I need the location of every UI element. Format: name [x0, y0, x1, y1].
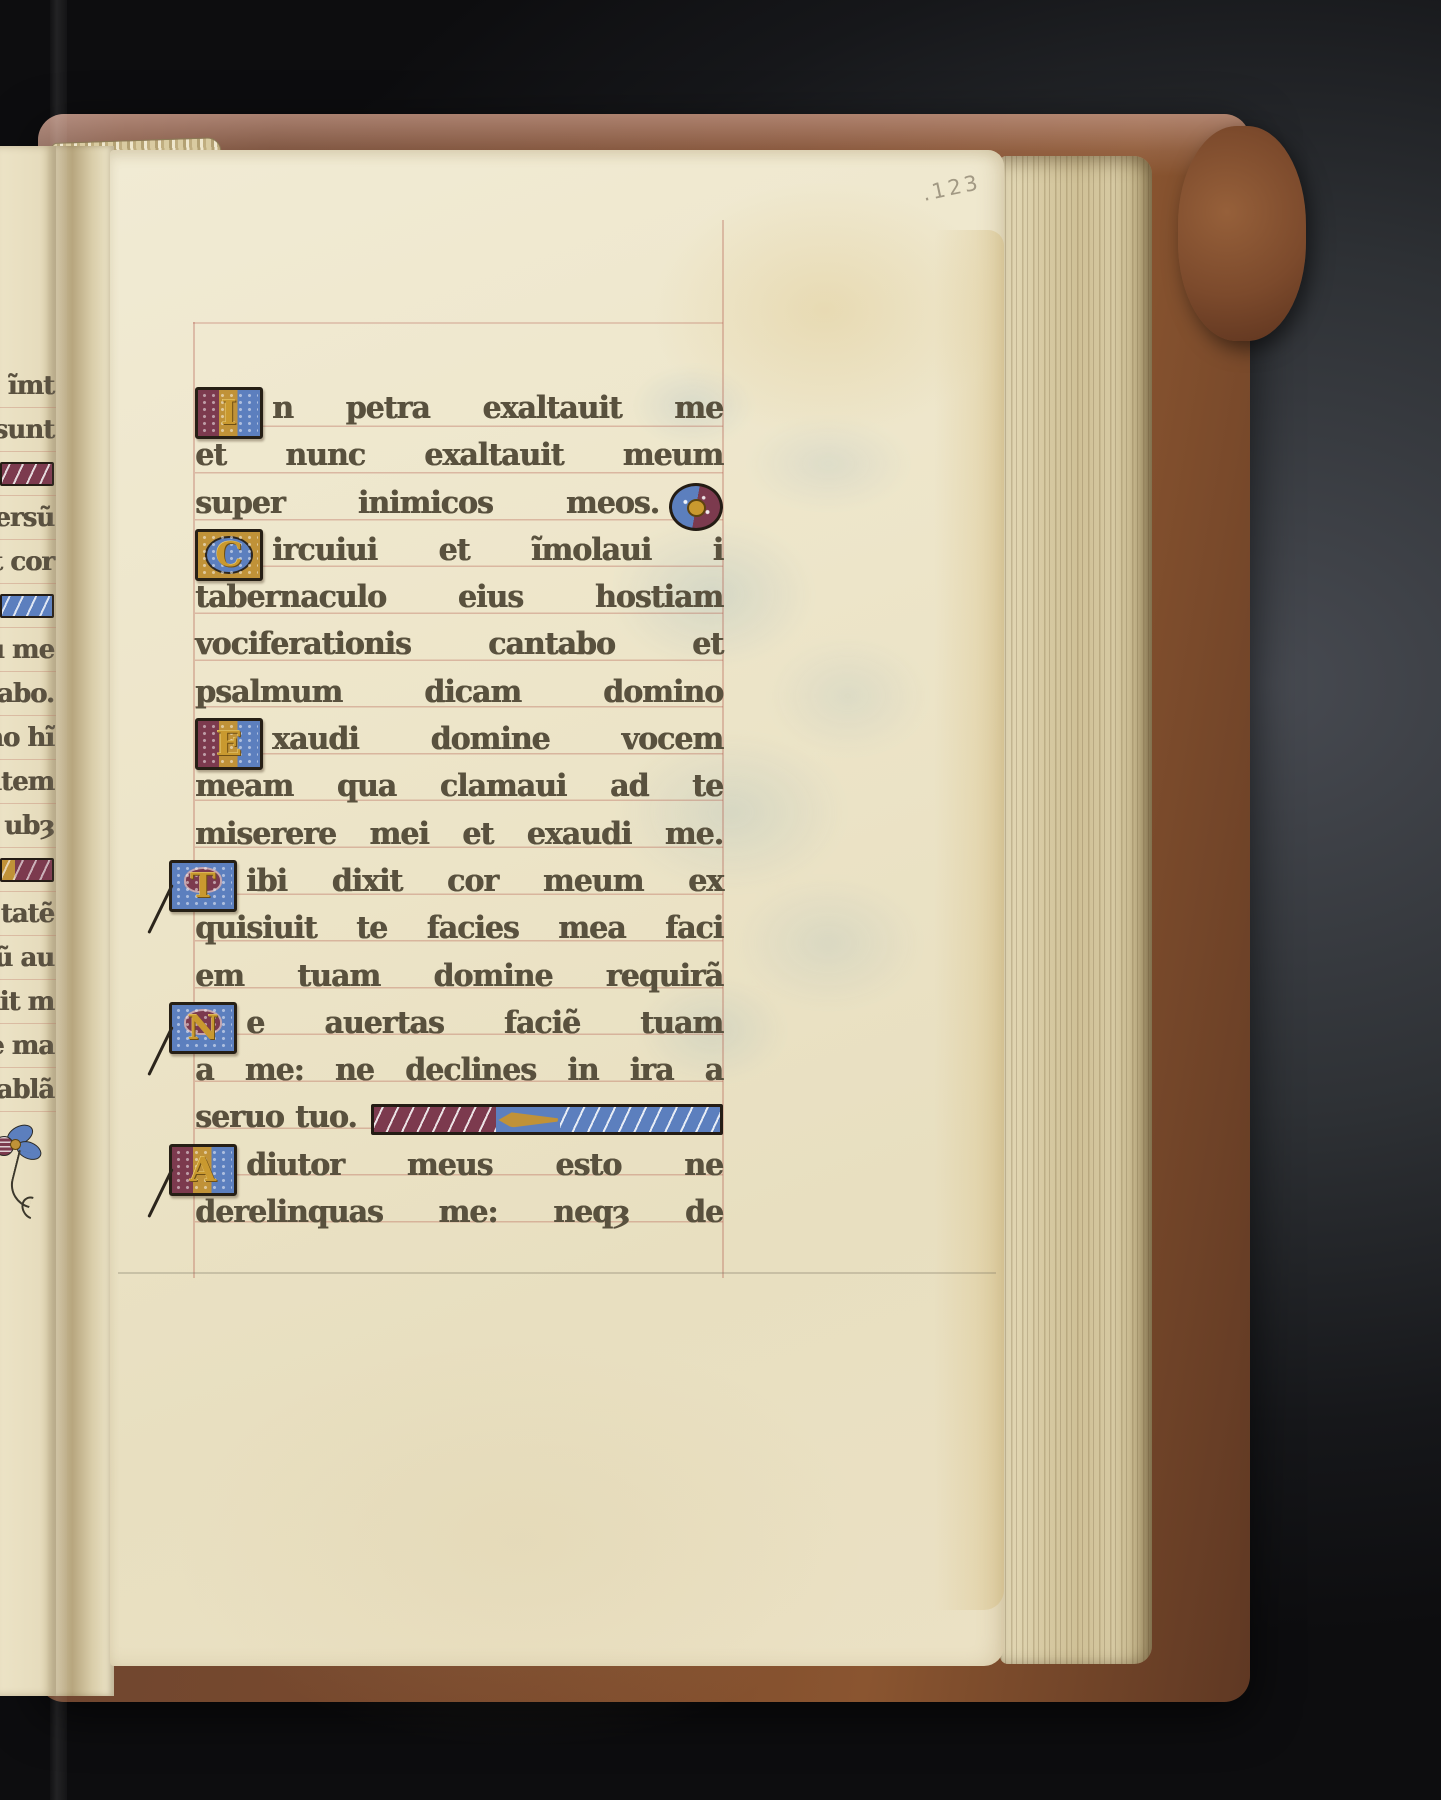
line-text: xaudi domine vocem — [272, 717, 723, 763]
fragment-text: dit m — [0, 987, 54, 1017]
line-text: seruo tuo. — [195, 1095, 357, 1141]
manuscript-text-line: A diutor meus esto ne — [195, 1143, 723, 1190]
manuscript-page: .123 I n petra exaltauit me et nunc exal… — [110, 150, 1004, 1666]
initial-letter: E — [216, 727, 242, 761]
manuscript-text-line: super inimicos meos. — [195, 481, 723, 528]
manuscript-text-line: a me: ne declines in ira a — [195, 1048, 723, 1095]
ruling-line — [118, 1272, 996, 1274]
line-filler-bar — [371, 1104, 723, 1135]
fragment-filler-bar — [0, 462, 54, 486]
initial-letter: A — [190, 1153, 216, 1187]
illuminated-initial: T — [169, 860, 237, 912]
fragment-text: ĩmt — [8, 371, 54, 401]
line-text: e auertas faciẽ tuam — [246, 1001, 723, 1047]
fragment-text: ubȝ — [4, 811, 54, 841]
line-text: ircuiui et ĩmolaui i — [272, 528, 723, 574]
manuscript-text-line: C ircuiui et ĩmolaui i — [195, 528, 723, 575]
line-text: miserere mei et exaudi me. — [195, 812, 723, 858]
illuminated-initial: I — [195, 387, 263, 439]
facing-page-text-fragment: tatẽ — [0, 892, 56, 936]
facing-page-text-fragment — [0, 584, 56, 628]
manuscript-text-line: quisiuit te facies mea faci — [195, 906, 723, 953]
filler-bar-red-segment — [374, 1107, 497, 1132]
manuscript-text-line: E xaudi domine vocem — [195, 717, 723, 764]
line-text: a me: ne declines in ira a — [195, 1048, 723, 1094]
facing-page-sliver: ĩmt sunt ersũ bit cor sũ me tabo. mo hĩ … — [0, 146, 56, 1696]
line-text: meam qua clamaui ad te — [195, 764, 723, 810]
parchment-stain — [170, 1330, 870, 1750]
initial-letter: T — [190, 869, 215, 903]
facing-page-text-fragment: ubȝ — [0, 804, 56, 848]
pen-flourish — [147, 884, 173, 934]
fragment-text: e ma — [0, 1031, 54, 1061]
line-text: n petra exaltauit me — [272, 386, 723, 432]
leather-corner — [1178, 126, 1306, 341]
filler-bar-blue-segment — [560, 1107, 720, 1132]
line-text: derelinquas me: neqȝ de — [195, 1190, 723, 1236]
facing-page-text-fragment: dit m — [0, 980, 56, 1024]
pen-flourish — [147, 1026, 173, 1076]
flower-center — [10, 1139, 21, 1150]
illuminated-initial: C — [195, 529, 263, 581]
fragment-text: tatẽ — [1, 899, 54, 929]
facing-page-text-fragment: sũ me — [0, 628, 56, 672]
line-text: quisiuit te facies mea faci — [195, 906, 723, 952]
manuscript-text-line: et nunc exaltauit meum — [195, 433, 723, 480]
facing-page-text-fragment: mo hĩ — [0, 716, 56, 760]
manuscript-text-line: vociferationis cantabo et — [195, 622, 723, 669]
facing-page-text-fragment: ablã — [0, 1068, 56, 1112]
page-edges-foredge — [1000, 156, 1152, 1664]
initial-letter: I — [221, 396, 237, 430]
filler-bar-gold-leaf — [496, 1107, 560, 1132]
initial-letter: N — [187, 1011, 218, 1045]
facing-page-text-fragment: e ma — [0, 1024, 56, 1068]
line-text: vociferationis cantabo et — [195, 622, 723, 668]
photo-scene: ĩmt sunt ersũ bit cor sũ me tabo. mo hĩ … — [0, 0, 1441, 1800]
fragment-filler-bar — [0, 594, 54, 618]
fragment-text: sũ me — [0, 635, 54, 665]
fragment-text: sunt — [0, 415, 54, 445]
pen-flourish — [147, 1168, 173, 1218]
facing-page-text-fragment: bit cor — [0, 540, 56, 584]
text-block: I n petra exaltauit me et nunc exaltauit… — [195, 386, 723, 1237]
facing-page-text-fragment: sunt — [0, 408, 56, 452]
manuscript-text-line: meam qua clamaui ad te — [195, 764, 723, 811]
illuminated-initial: N — [169, 1002, 237, 1054]
line-text: diutor meus esto ne — [246, 1143, 723, 1189]
fragment-text: bit cor — [0, 547, 54, 577]
fragment-text: ntem — [0, 767, 54, 797]
line-text: super inimicos meos. — [195, 481, 659, 527]
line-text: ibi dixit cor meum ex — [246, 859, 723, 905]
illuminated-initial: A — [169, 1144, 237, 1196]
illuminated-initial: E — [195, 718, 263, 770]
initial-letter: C — [215, 538, 242, 572]
manuscript-text-line: psalmum dicam domino — [195, 670, 723, 717]
manuscript-text-line: miserere mei et exaudi me. — [195, 812, 723, 859]
line-text: tabernaculo eius hostiam — [195, 575, 723, 621]
ruling-line — [193, 322, 723, 324]
fragment-text: mo hĩ — [0, 723, 54, 753]
fragment-text: ablã — [0, 1075, 54, 1105]
manuscript-text-line: I n petra exaltauit me — [195, 386, 723, 433]
facing-page-text-fragment: ĩmt — [0, 364, 56, 408]
facing-page-text-fragment — [0, 452, 56, 496]
facing-page-text-fragment — [0, 848, 56, 892]
line-text: em tuam domine requirã — [195, 954, 723, 1000]
line-filler-roundel — [669, 483, 723, 531]
fragment-text: sũ au — [0, 943, 54, 973]
marginal-flower-decoration — [0, 1124, 46, 1274]
fragment-filler-bar — [0, 858, 54, 882]
manuscript-text-line: tabernaculo eius hostiam — [195, 575, 723, 622]
facing-page-text-fragment: tabo. — [0, 672, 56, 716]
folio-number: .123 — [920, 170, 982, 206]
facing-page-text-fragment: sũ au — [0, 936, 56, 980]
cradle-strap-highlight — [50, 0, 67, 1800]
manuscript-text-line: T ibi dixit cor meum ex — [195, 859, 723, 906]
manuscript-text-line: N e auertas faciẽ tuam — [195, 1001, 723, 1048]
facing-page-text-fragment: ntem — [0, 760, 56, 804]
manuscript-text-line: seruo tuo. — [195, 1095, 723, 1142]
facing-page-text-fragment: ersũ — [0, 496, 56, 540]
manuscript-text-line: derelinquas me: neqȝ de — [195, 1190, 723, 1237]
fragment-text: tabo. — [0, 679, 54, 709]
line-text: psalmum dicam domino — [195, 670, 723, 716]
fragment-text: ersũ — [0, 503, 54, 533]
facing-page-text-column: ĩmt sunt ersũ bit cor sũ me tabo. mo hĩ … — [0, 364, 56, 1112]
manuscript-text-line: em tuam domine requirã — [195, 954, 723, 1001]
line-text: et nunc exaltauit meum — [195, 433, 723, 479]
